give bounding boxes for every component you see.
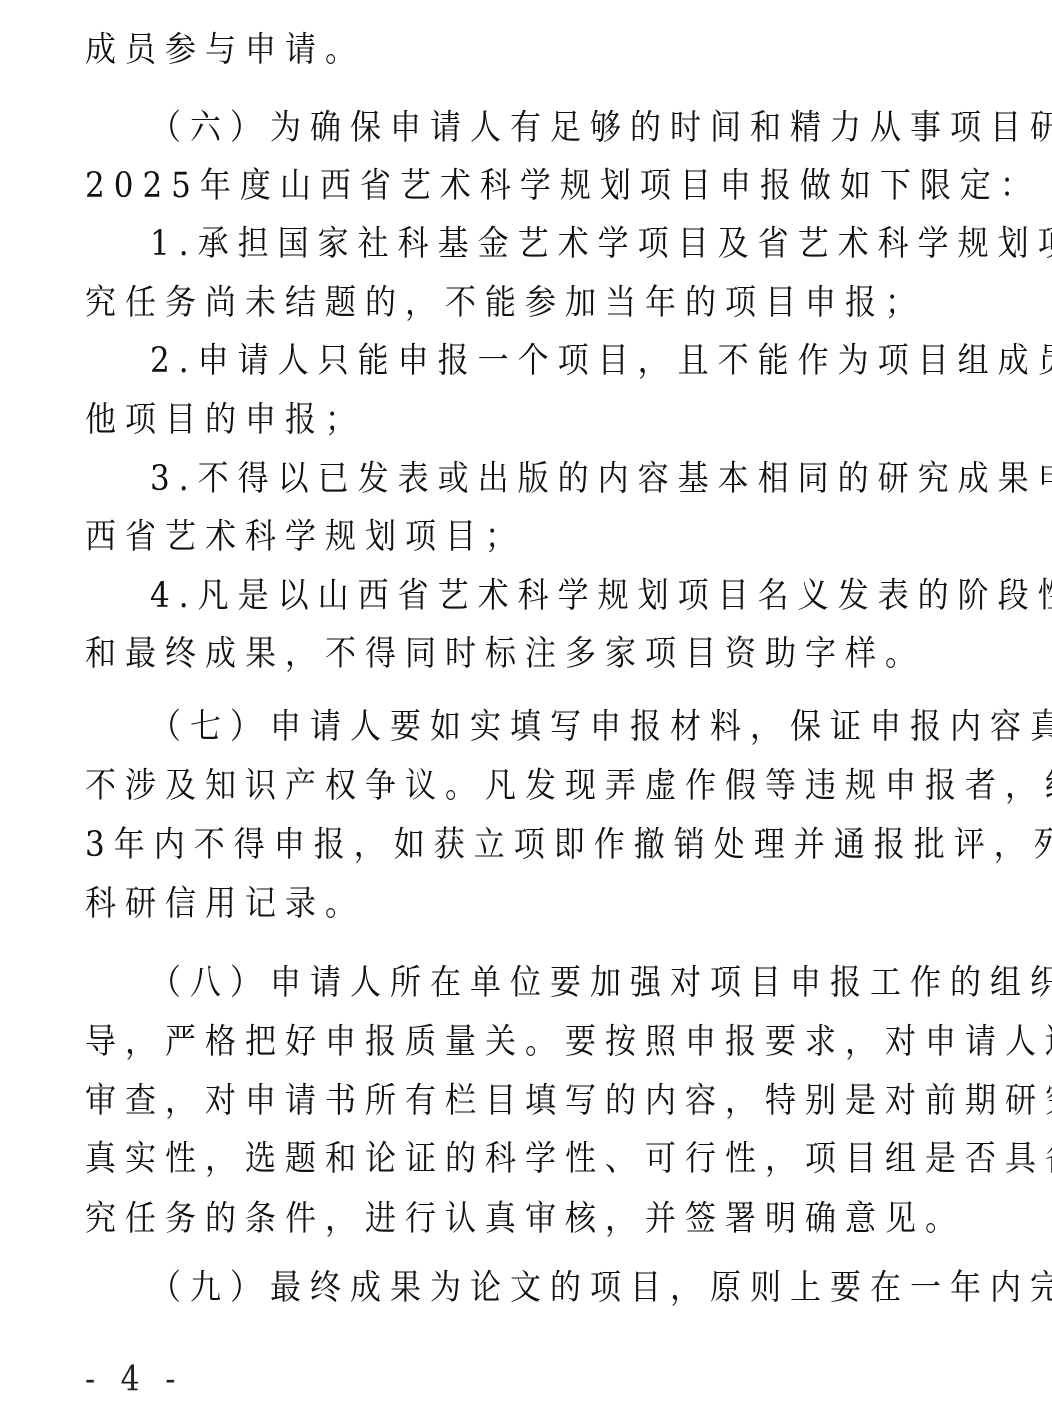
paragraph-line: 不涉及知识产权争议。凡发现弄虚作假等违规申报者，经查实后，	[85, 764, 977, 809]
paragraph-line: 审查，对申请书所有栏目填写的内容，特别是对前期研究成果的	[85, 1079, 977, 1124]
list-item-line: 1.承担国家社科基金艺术学项目及省艺术科学规划项目研	[150, 222, 977, 267]
paragraph-line: （八）申请人所在单位要加强对项目申报工作的组织和指	[150, 961, 977, 1006]
paragraph-line: 导，严格把好申报质量关。要按照申报要求，对申请人进行资格	[85, 1020, 977, 1065]
list-item-line: 西省艺术科学规划项目；	[85, 515, 977, 560]
list-item-line: 3.不得以已发表或出版的内容基本相同的研究成果申请山	[150, 457, 977, 502]
list-item-line: 2.申请人只能申报一个项目，且不能作为项目组成员参加其	[150, 339, 977, 384]
paragraph-line: 成员参与申请。	[85, 28, 977, 73]
paragraph-line: 2025年度山西省艺术科学规划项目申报做如下限定：	[85, 164, 977, 209]
list-item-line: 和最终成果，不得同时标注多家项目资助字样。	[85, 632, 977, 677]
list-item-line: 4.凡是以山西省艺术科学规划项目名义发表的阶段性成果	[150, 574, 977, 619]
list-item-line: 究任务尚未结题的，不能参加当年的项目申报；	[85, 281, 977, 326]
list-item-line: 他项目的申报；	[85, 398, 977, 443]
paragraph-line: （七）申请人要如实填写申报材料，保证申报内容真实性且	[150, 705, 977, 750]
page-number: - 4 -	[85, 1359, 183, 1400]
paragraph-line: （九）最终成果为论文的项目，原则上要在一年内完成；成	[150, 1266, 977, 1311]
paragraph-line: 究任务的条件，进行认真审核，并签署明确意见。	[85, 1197, 977, 1242]
paragraph-line: （六）为确保申请人有足够的时间和精力从事项目研究，	[150, 106, 977, 151]
paragraph-line: 真实性，选题和论证的科学性、可行性，项目组是否具备完成研	[85, 1137, 977, 1182]
document-page: 成员参与申请。 （六）为确保申请人有足够的时间和精力从事项目研究， 2025年度…	[0, 0, 1052, 1425]
paragraph-line: 科研信用记录。	[85, 882, 977, 927]
paragraph-line: 3年内不得申报，如获立项即作撤销处理并通报批评，列入不良	[85, 823, 977, 868]
